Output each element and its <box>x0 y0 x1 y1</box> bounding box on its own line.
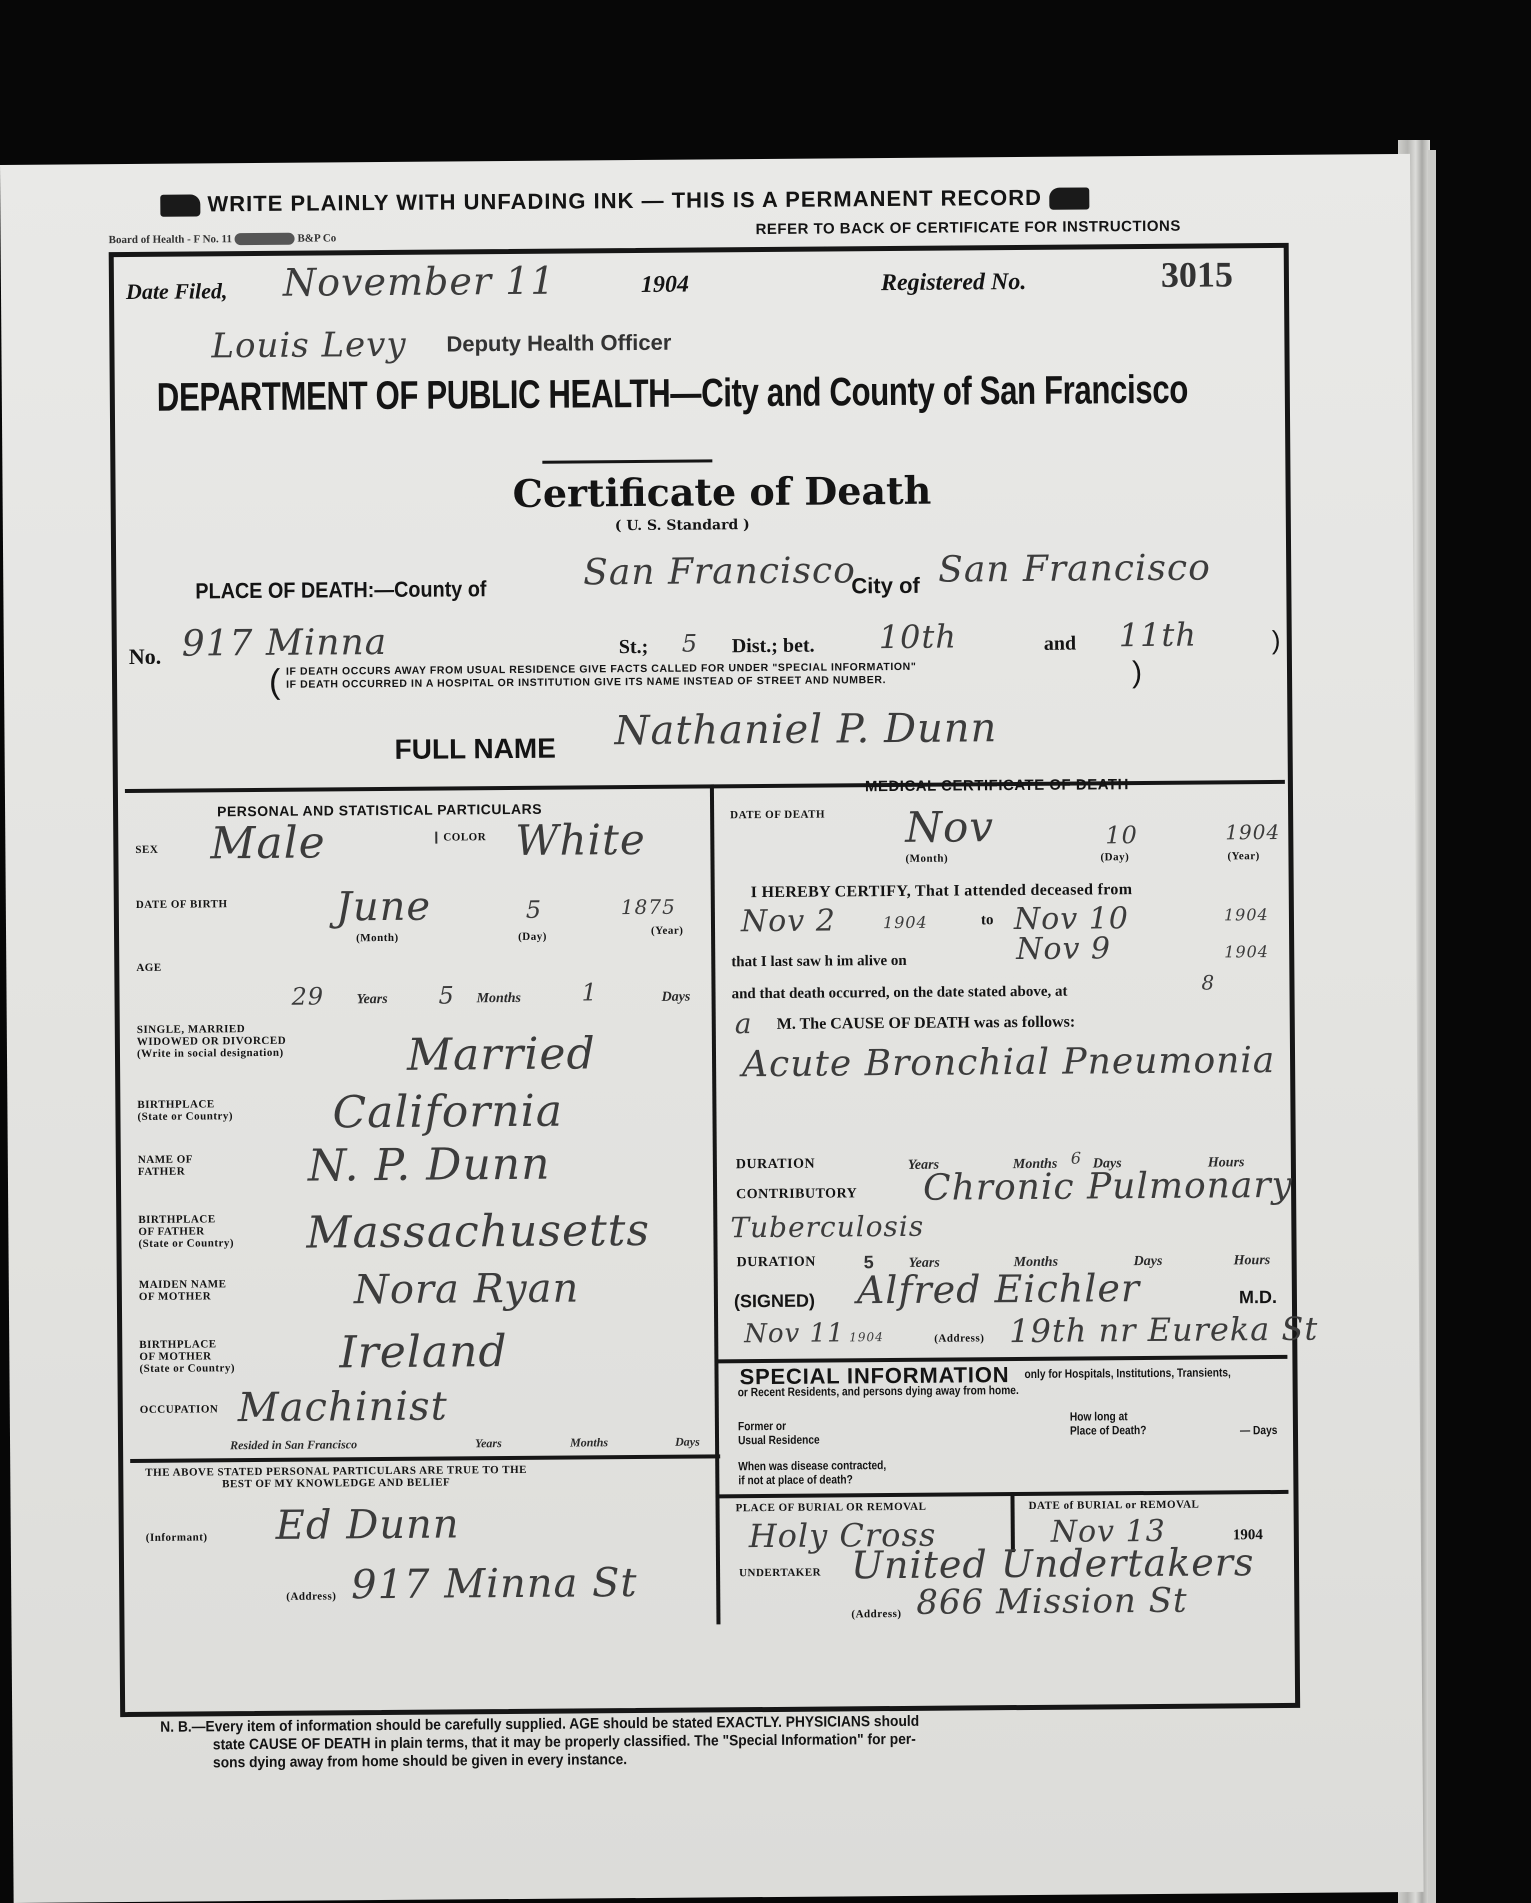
dod-year: 1904 <box>1225 820 1280 844</box>
printer-form: Board of Health - F No. 11 <box>109 233 232 246</box>
cause-text: M. The CAUSE OF DEATH was as follows: <box>777 1014 1076 1034</box>
dod-day-caption: (Day) <box>1100 851 1129 863</box>
dob-label: DATE OF BIRTH <box>136 898 228 911</box>
county-value: San Francisco <box>583 550 856 593</box>
street-label: St.; <box>619 636 649 659</box>
color-value: White <box>515 815 646 865</box>
book-page-edge-2 <box>1428 150 1436 1903</box>
special-info-subtitle-1: only for Hospitals, Institutions, Transi… <box>1024 1365 1230 1381</box>
death-hour: 8 <box>1201 970 1215 994</box>
date-filed-label: Date Filed, <box>126 278 228 305</box>
mother-value: Nora Ryan <box>354 1265 580 1313</box>
mother-birthplace-label: BIRTHPLACE OF MOTHER (State or Country) <box>139 1338 235 1375</box>
marital-label-3: (Write in social designation) <box>137 1047 286 1060</box>
father-bp-label-3: (State or Country) <box>138 1237 234 1250</box>
dob-year-caption: (Year) <box>651 925 683 937</box>
printer-line: Board of Health - F No. 11 B&P Co <box>109 232 337 246</box>
full-name-label: FULL NAME <box>394 733 555 766</box>
how-long-label: How long at Place of Death? <box>1070 1409 1147 1438</box>
signed-label: (SIGNED) <box>734 1291 815 1313</box>
how-long-label-1: How long at <box>1070 1409 1147 1424</box>
informant-label: (Informant) <box>146 1531 208 1543</box>
certificate-page: WRITE PLAINLY WITH UNFADING INK — THIS I… <box>0 154 1424 1903</box>
last-saw-year: 1904 <box>1224 942 1269 961</box>
union-label-icon <box>235 233 295 245</box>
father-bp-label-1: BIRTHPLACE <box>138 1213 234 1226</box>
age-days-caption: Days <box>661 990 690 1006</box>
father-label: NAME OF FATHER <box>138 1154 193 1178</box>
age-label: AGE <box>136 962 161 974</box>
resided-years: Years <box>475 1436 502 1451</box>
mother-label-2: OF MOTHER <box>139 1290 227 1303</box>
duration-2-label: DURATION <box>737 1257 816 1270</box>
death-time-text: and that death occurred, on the date sta… <box>731 984 1067 1004</box>
contributory-value-1: Chronic Pulmonary <box>923 1165 1293 1209</box>
resided-days: Days <box>675 1435 700 1450</box>
department-title: DEPARTMENT OF PUBLIC HEALTH—City and Cou… <box>157 368 1188 421</box>
street-no-label: No. <box>129 644 162 670</box>
occupation-label: OCCUPATION <box>140 1403 219 1416</box>
occupation-value: Machinist <box>238 1384 448 1432</box>
birthplace-label-1: BIRTHPLACE <box>137 1098 233 1111</box>
md-label: M.D. <box>1239 1287 1277 1308</box>
footer-note: N. B.—Every item of information should b… <box>160 1713 919 1773</box>
dod-month-caption: (Month) <box>905 853 948 865</box>
pointing-hand-icon <box>160 195 200 217</box>
sex-label: SEX <box>135 844 158 856</box>
informant-statement: THE ABOVE STATED PERSONAL PARTICULARS AR… <box>145 1464 527 1491</box>
birthplace-label: BIRTHPLACE (State or Country) <box>137 1098 233 1123</box>
undertaker-value: United Undertakers <box>851 1540 1255 1587</box>
top-banner: WRITE PLAINLY WITH UNFADING INK — THIS I… <box>160 184 1089 217</box>
marital-label: SINGLE, MARRIED WIDOWED OR DIVORCED (Wri… <box>137 1023 287 1060</box>
mother-bp-label-3: (State or Country) <box>139 1362 235 1375</box>
undertaker-label: UNDERTAKER <box>739 1567 821 1580</box>
dob-day: 5 <box>526 896 543 924</box>
mother-bp-label-2: OF MOTHER <box>139 1350 235 1363</box>
cause-value: Acute Bronchial Pneumonia <box>742 1040 1276 1085</box>
top-banner-text: WRITE PLAINLY WITH UNFADING INK — THIS I… <box>207 185 1042 217</box>
how-long-days: — Days <box>1240 1423 1278 1437</box>
father-birthplace-label: BIRTHPLACE OF FATHER (State or Country) <box>138 1213 234 1250</box>
burial-date-label: DATE of BURIAL or REMOVAL <box>1029 1499 1200 1512</box>
mother-birthplace-value: Ireland <box>339 1326 508 1378</box>
dod-month: Nov <box>905 802 994 852</box>
dod-day: 10 <box>1105 821 1138 849</box>
contributory-label: CONTRIBUTORY <box>736 1188 857 1201</box>
father-bp-label-2: OF FATHER <box>138 1225 234 1238</box>
mother-bp-label-1: BIRTHPLACE <box>139 1338 235 1351</box>
birthplace-label-2: (State or Country) <box>137 1110 233 1123</box>
sex-value: Male <box>210 817 326 869</box>
registered-no-label: Registered No. <box>881 269 1027 297</box>
date-filed-value: November 11 <box>283 259 556 305</box>
close-paren: ) <box>1272 625 1281 656</box>
birthplace-value: California <box>332 1086 563 1139</box>
resided-label: Resided in San Francisco <box>230 1437 357 1453</box>
place-of-death-label: PLACE OF DEATH:—County of <box>195 576 486 604</box>
age-months: 5 <box>438 981 455 1009</box>
father-label-1: NAME OF <box>138 1154 193 1166</box>
dob-year: 1875 <box>621 895 676 919</box>
duration-1-label: DURATION <box>736 1159 815 1172</box>
pointing-hand-icon-right <box>1049 188 1089 210</box>
resided-months: Months <box>570 1435 608 1450</box>
place-note: IF DEATH OCCURS AWAY FROM USUAL RESIDENC… <box>286 661 917 692</box>
city-value: San Francisco <box>938 548 1211 591</box>
contracted-label-1: When was disease contracted, <box>738 1458 886 1473</box>
and-label: and <box>1044 633 1076 656</box>
marital-value: Married <box>407 1028 596 1080</box>
color-label: COLOR <box>435 831 486 843</box>
filed-year: 1904 <box>641 272 689 299</box>
signed-year: 1904 <box>849 1330 884 1344</box>
mother-label-1: MAIDEN NAME <box>139 1278 227 1291</box>
contracted-label: When was disease contracted, if not at p… <box>738 1458 886 1487</box>
registered-no: 3015 <box>1161 253 1233 296</box>
age-years: 29 <box>291 982 324 1010</box>
special-info-subtitle-2: or Recent Residents, and persons dying a… <box>738 1383 1019 1399</box>
physician-address: 19th nr Eureka St <box>1009 1310 1318 1350</box>
certificate-title: Certificate of Death <box>512 468 931 516</box>
refer-note: REFER TO BACK OF CERTIFICATE FOR INSTRUC… <box>755 218 1180 238</box>
dod-year-caption: (Year) <box>1227 850 1259 862</box>
between-street-1: 10th <box>879 617 957 656</box>
attended-from-year: 1904 <box>883 913 928 932</box>
death-ampm: a <box>735 1007 753 1040</box>
medical-section-title: MEDICAL CERTIFICATE OF DEATH <box>865 776 1129 795</box>
age-years-caption: Years <box>357 992 388 1008</box>
city-label: City of <box>851 573 920 600</box>
officer-title: Deputy Health Officer <box>446 330 671 358</box>
full-name-value: Nathaniel P. Dunn <box>614 705 997 754</box>
father-value: N. P. Dunn <box>308 1139 551 1192</box>
contracted-label-2: if not at place of death? <box>738 1472 886 1487</box>
contributory-value-2: Tuberculosis <box>730 1210 924 1245</box>
certificate-border <box>109 243 1300 1717</box>
informant-address-value: 917 Minna St <box>351 1560 638 1608</box>
former-label-2: Usual Residence <box>738 1433 820 1448</box>
physician-signature: Alfred Eichler <box>857 1266 1141 1312</box>
street-value: 917 Minna <box>182 622 388 665</box>
district-value: 5 <box>682 630 699 658</box>
officer-signature: Louis Levy <box>211 325 407 367</box>
father-birthplace-value: Massachusetts <box>306 1205 650 1259</box>
dod-label: DATE OF DEATH <box>730 809 825 822</box>
dob-day-caption: (Day) <box>518 931 547 943</box>
printer-name: B&P Co <box>297 232 336 244</box>
burial-place-label: PLACE OF BURIAL OR REMOVAL <box>736 1501 927 1514</box>
last-saw-text: that I last saw h im alive on <box>731 953 907 971</box>
signed-date: Nov 11 <box>744 1318 845 1349</box>
duration-2-hours: Hours <box>1234 1253 1271 1269</box>
age-months-caption: Months <box>477 991 521 1007</box>
undertaker-address-label: (Address) <box>851 1608 901 1620</box>
undertaker-address: 866 Mission St <box>916 1581 1188 1623</box>
duration-1-days-value: 6 <box>1071 1149 1082 1168</box>
mother-label: MAIDEN NAME OF MOTHER <box>139 1278 227 1303</box>
how-long-label-2: Place of Death? <box>1070 1423 1147 1438</box>
open-paren: ( <box>269 663 281 702</box>
district-label: Dist.; bet. <box>732 635 815 659</box>
age-days: 1 <box>581 978 598 1006</box>
close-paren-note: ) <box>1132 656 1142 690</box>
us-standard: ( U. S. Standard ) <box>615 517 750 534</box>
personal-section-title: PERSONAL AND STATISTICAL PARTICULARS <box>217 801 542 820</box>
physician-address-label: (Address) <box>934 1332 984 1344</box>
father-label-2: FATHER <box>138 1166 193 1178</box>
attended-to-year: 1904 <box>1224 905 1269 924</box>
dob-month-caption: (Month) <box>356 932 399 944</box>
last-saw-date: Nov 9 <box>1016 931 1111 967</box>
dob-month: June <box>336 884 432 931</box>
to-label: to <box>981 912 994 929</box>
former-label-1: Former or <box>738 1419 820 1434</box>
attended-from: Nov 2 <box>741 903 836 939</box>
former-residence-label: Former or Usual Residence <box>738 1419 820 1448</box>
certify-text: I HEREBY CERTIFY, That I attended deceas… <box>751 881 1133 902</box>
informant-value: Ed Dunn <box>276 1501 460 1548</box>
informant-address-label: (Address) <box>286 1590 336 1602</box>
between-street-2: 11th <box>1119 616 1197 655</box>
